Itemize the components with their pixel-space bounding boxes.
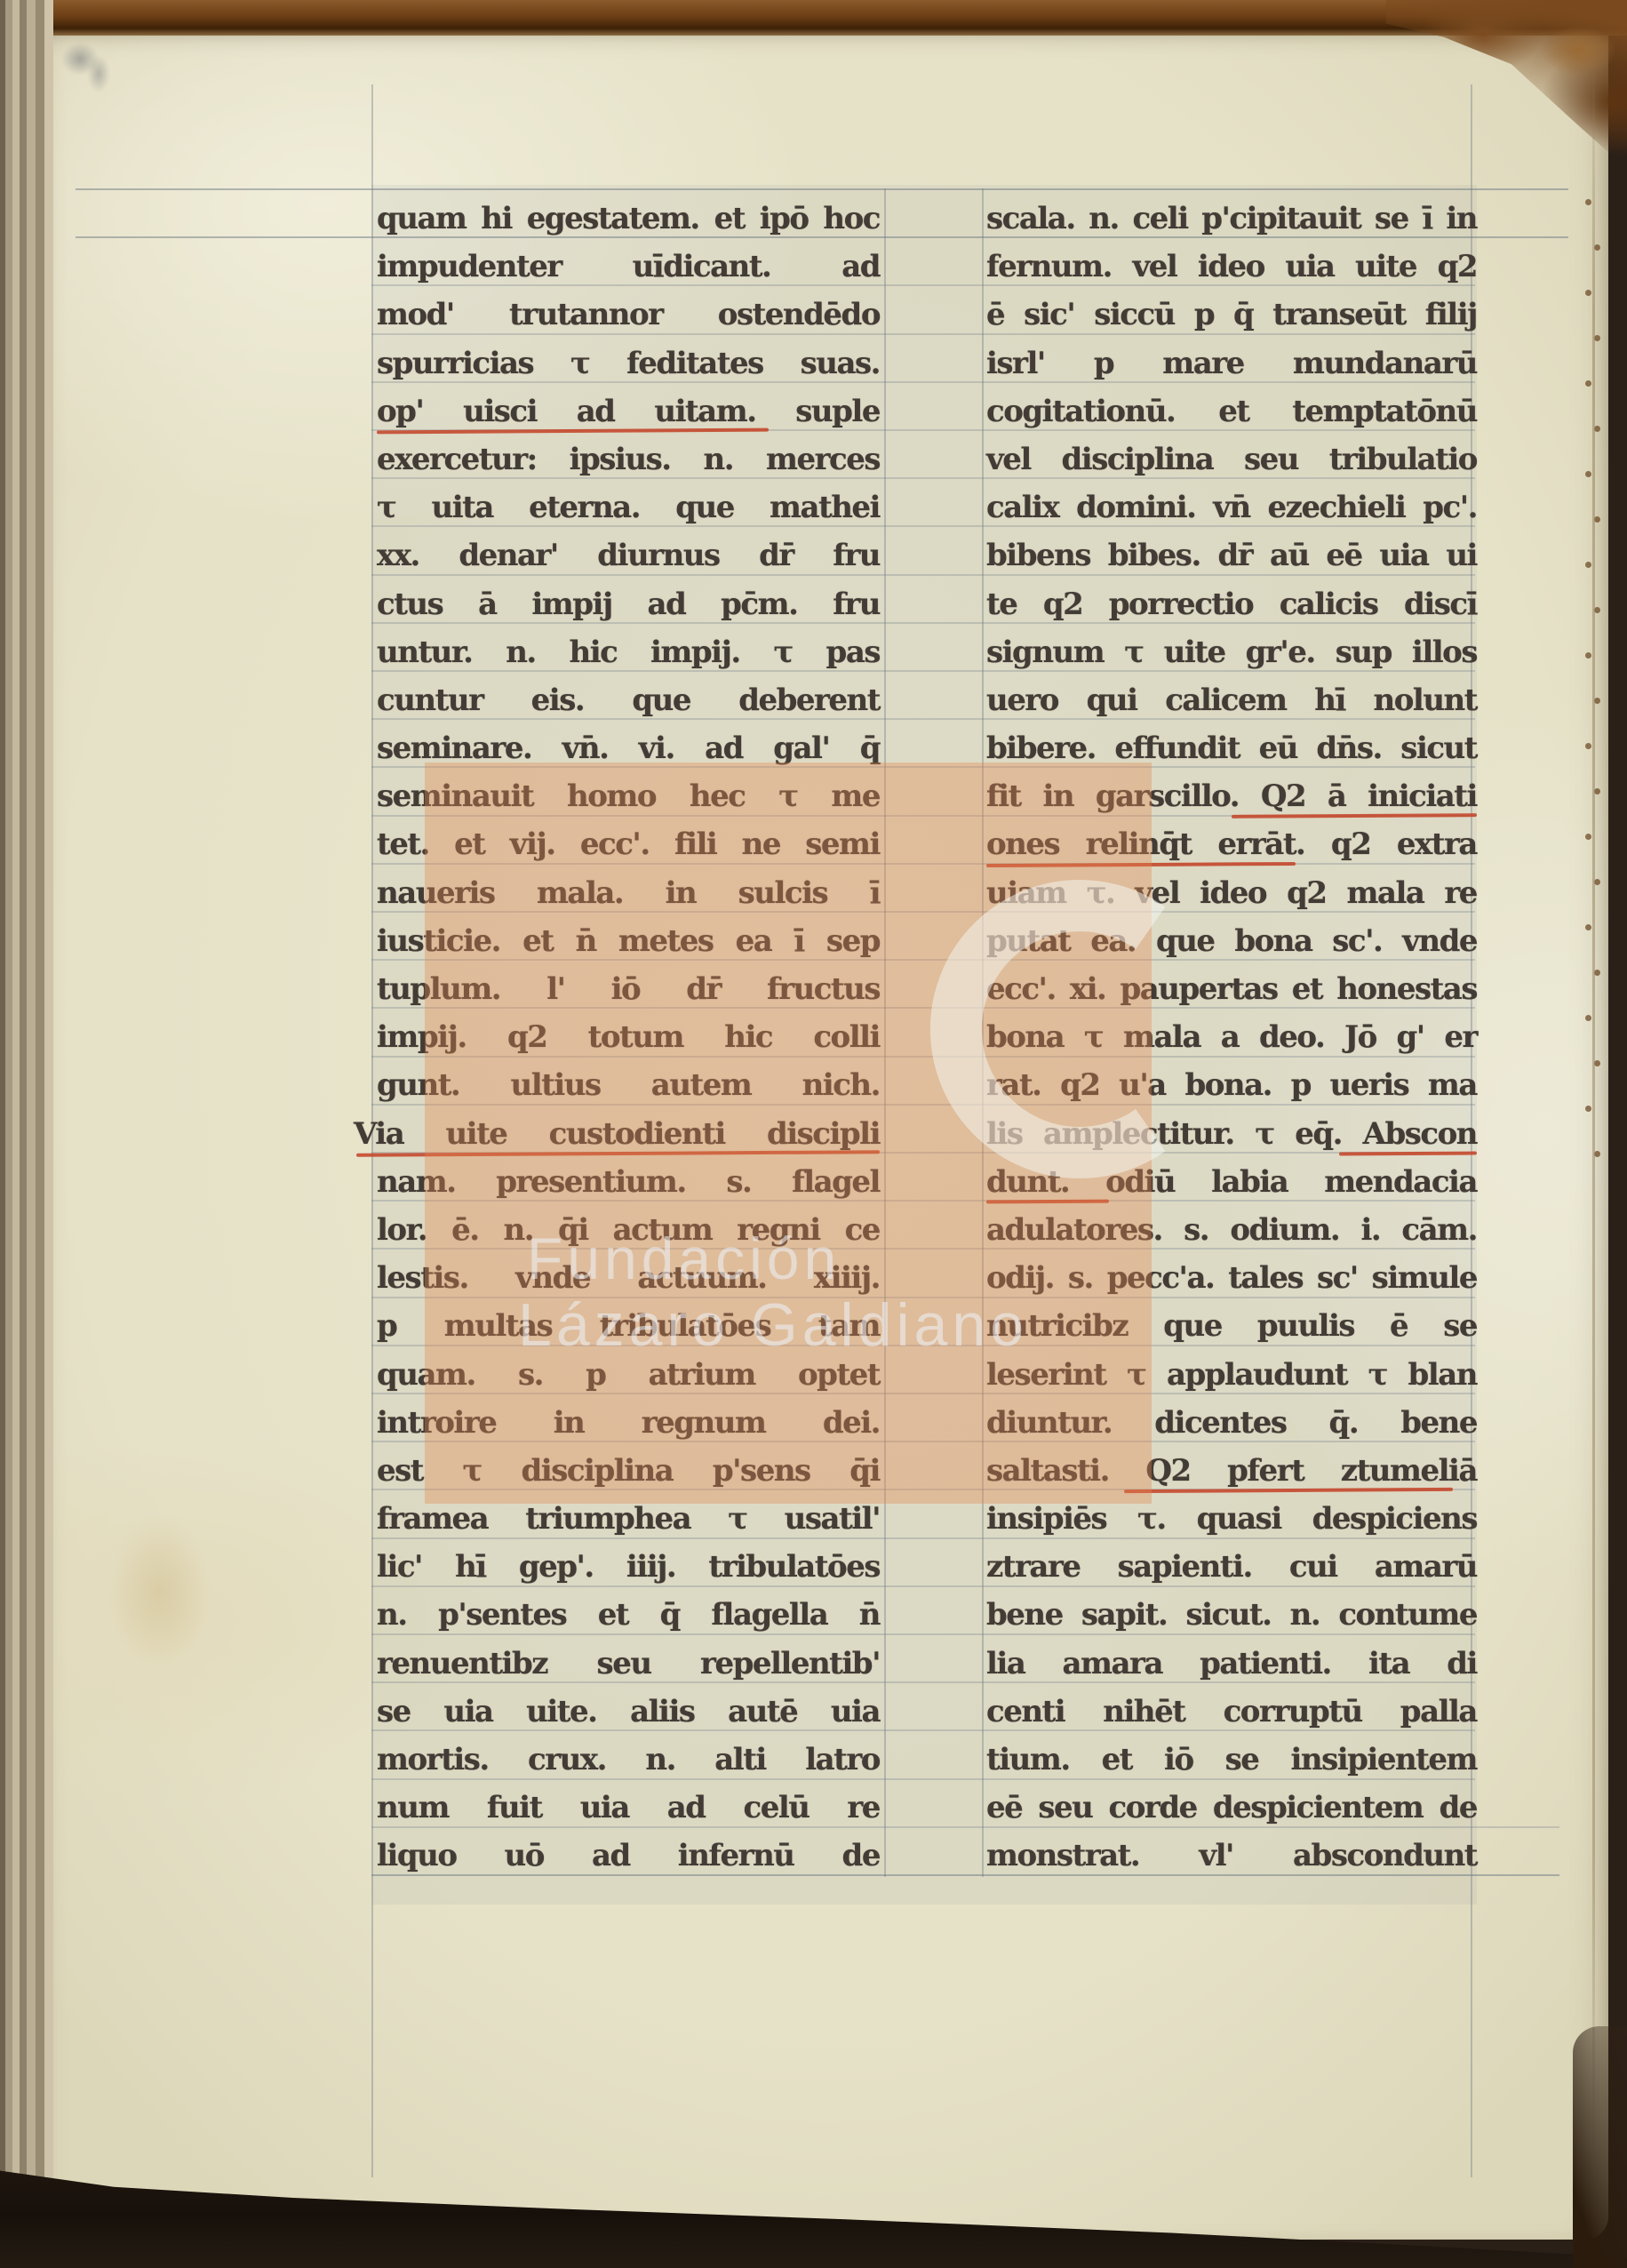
watermark-text-line2: Lázaro Galdiano [518,1290,1028,1360]
binding-top-edge [0,0,1627,36]
bottom-right-shadow [1573,2026,1627,2268]
stacked-page-edges [0,0,53,2268]
parchment-stain [84,1475,235,1706]
watermark-ring-icon [0,0,1627,2268]
manuscript-photo: quamhiegestatem.etipōhocimpudenteruīdica… [0,0,1627,2268]
pencil-smudge [55,36,117,94]
watermark-text-line1: Fundación [527,1225,841,1292]
fore-edge-crease [1592,53,1595,2168]
